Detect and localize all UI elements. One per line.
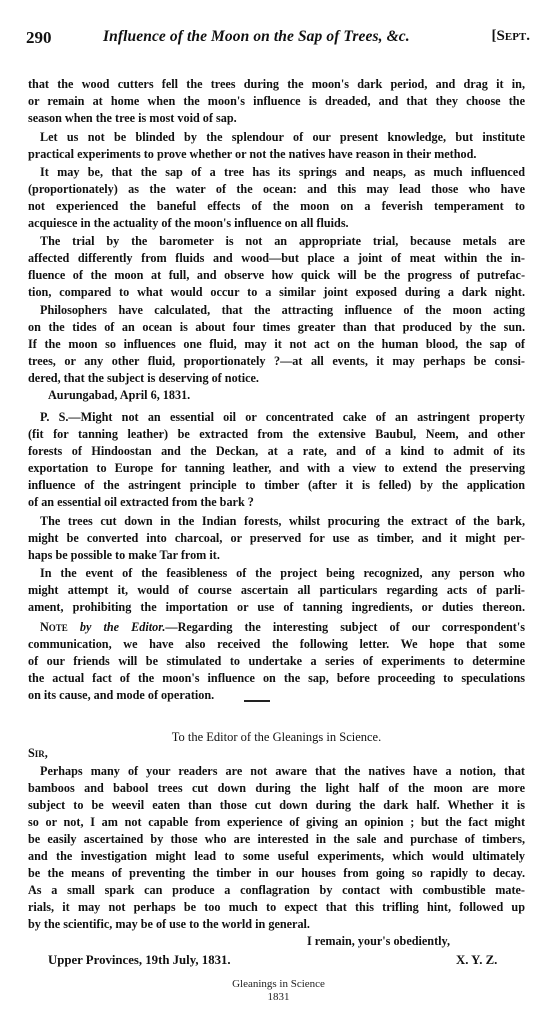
text-line: on its cause, and mode of operation. — [28, 687, 525, 704]
text-line: Perhaps many of your readers are not awa… — [40, 763, 525, 780]
text-line: As a small spark can produce a conflagra… — [28, 882, 525, 899]
text-line: Philosophers have calculated, that the a… — [40, 302, 525, 319]
running-header: 290 Influence of the Moon on the Sap of … — [26, 28, 516, 50]
text-line: fluence of the moon at full, and observe… — [28, 267, 525, 284]
text-line: by the scientific, may be of use to the … — [28, 916, 525, 933]
text-line: and the investigation might lead to some… — [28, 848, 525, 865]
text-span: —Regarding the interesting subject of ou… — [165, 620, 525, 634]
footer-year: 1831 — [0, 991, 557, 1004]
text-line: season when the tree is most void of sap… — [28, 110, 525, 127]
text-line: be the means of preventing the timber in… — [28, 865, 525, 882]
text-line: The trees cut down in the Indian forests… — [40, 513, 525, 530]
text-line: that the wood cutters fell the trees dur… — [28, 76, 525, 93]
letter-dateline: Upper Provinces, 19th July, 1831. — [48, 952, 308, 969]
text-line: The trial by the barometer is not an app… — [40, 233, 525, 250]
text-line: In the event of the feasibleness of the … — [40, 565, 525, 582]
text-line: might attempt it, would of course ascert… — [28, 582, 525, 599]
text-line: on the tides of an ocean is about four t… — [28, 319, 525, 336]
text-line: not experienced the baneful effects of t… — [28, 198, 525, 215]
salutation: Sir, — [28, 745, 525, 762]
text-line: the actual fact of the moon's influence … — [28, 670, 525, 687]
text-line: so or not, I am not capable from experie… — [28, 814, 525, 831]
text-line: of our friends will be stimulated to und… — [28, 653, 525, 670]
dateline: Aurungabad, April 6, 1831. — [48, 387, 533, 404]
text-line: affected differently from fluids and woo… — [28, 250, 525, 267]
footer-publication: Gleanings in Science — [0, 978, 557, 991]
text-line: of an essential oil extracted from the b… — [28, 494, 525, 511]
note-label: Note — [40, 620, 68, 634]
text-line: (proportionately) as the water of the oc… — [28, 181, 525, 198]
text-line: trees, or any other fluid, proportionate… — [28, 353, 525, 370]
closing: I remain, your's obediently, — [307, 933, 527, 950]
editor-note-line: Note by the Editor.—Regarding the intere… — [40, 619, 525, 636]
text-line: dered, that the subject is deserving of … — [28, 370, 525, 387]
text-line: practical experiments to prove whether o… — [28, 146, 525, 163]
by-the-editor: by the Editor. — [68, 620, 166, 634]
page-number: 290 — [26, 28, 52, 48]
text-line: communication, we have also received the… — [28, 636, 525, 653]
running-title: Influence of the Moon on the Sap of Tree… — [103, 28, 410, 46]
text-line: bamboos and babool trees cut down during… — [28, 780, 525, 797]
text-line: If the moon so influences one fluid, may… — [28, 336, 525, 353]
signature: X. Y. Z. — [456, 952, 526, 969]
text-line: subject to be weevil eaten than those cu… — [28, 797, 525, 814]
text-line: P. S.—Might not an essential oil or conc… — [40, 409, 525, 426]
text-line: or remain at home when the moon's influe… — [28, 93, 525, 110]
text-line: ament, prohibiting the importation or us… — [28, 599, 525, 616]
text-line: exportation to Europe for tanning leathe… — [28, 460, 525, 477]
page-footer: Gleanings in Science 1831 — [0, 978, 557, 1004]
text-line: haps be possible to make Tar from it. — [28, 547, 525, 564]
text-line: (fit for tanning leather) be extracted f… — [28, 426, 525, 443]
text-line: rials, it may not perhaps be too much to… — [28, 899, 525, 916]
text-line: Let us not be blinded by the splendour o… — [40, 129, 525, 146]
running-month: [Sept. — [492, 28, 530, 45]
text-line: might be converted into charcoal, or pre… — [28, 530, 525, 547]
text-line: be easily ascertained by those who are i… — [28, 831, 525, 848]
text-line: influence of the astringent principle to… — [28, 477, 525, 494]
section-divider — [244, 700, 270, 702]
text-line: forests of Hindoostan and the Deckan, at… — [28, 443, 525, 460]
text-line: tion, compared to what would occur to a … — [28, 284, 525, 301]
letter-heading: To the Editor of the Gleanings in Scienc… — [28, 729, 525, 746]
text-line: It may be, that the sap of a tree has it… — [40, 164, 525, 181]
text-line: acquiesce in the actuality of the moon's… — [28, 215, 525, 232]
document-page: 290 Influence of the Moon on the Sap of … — [0, 0, 557, 1016]
